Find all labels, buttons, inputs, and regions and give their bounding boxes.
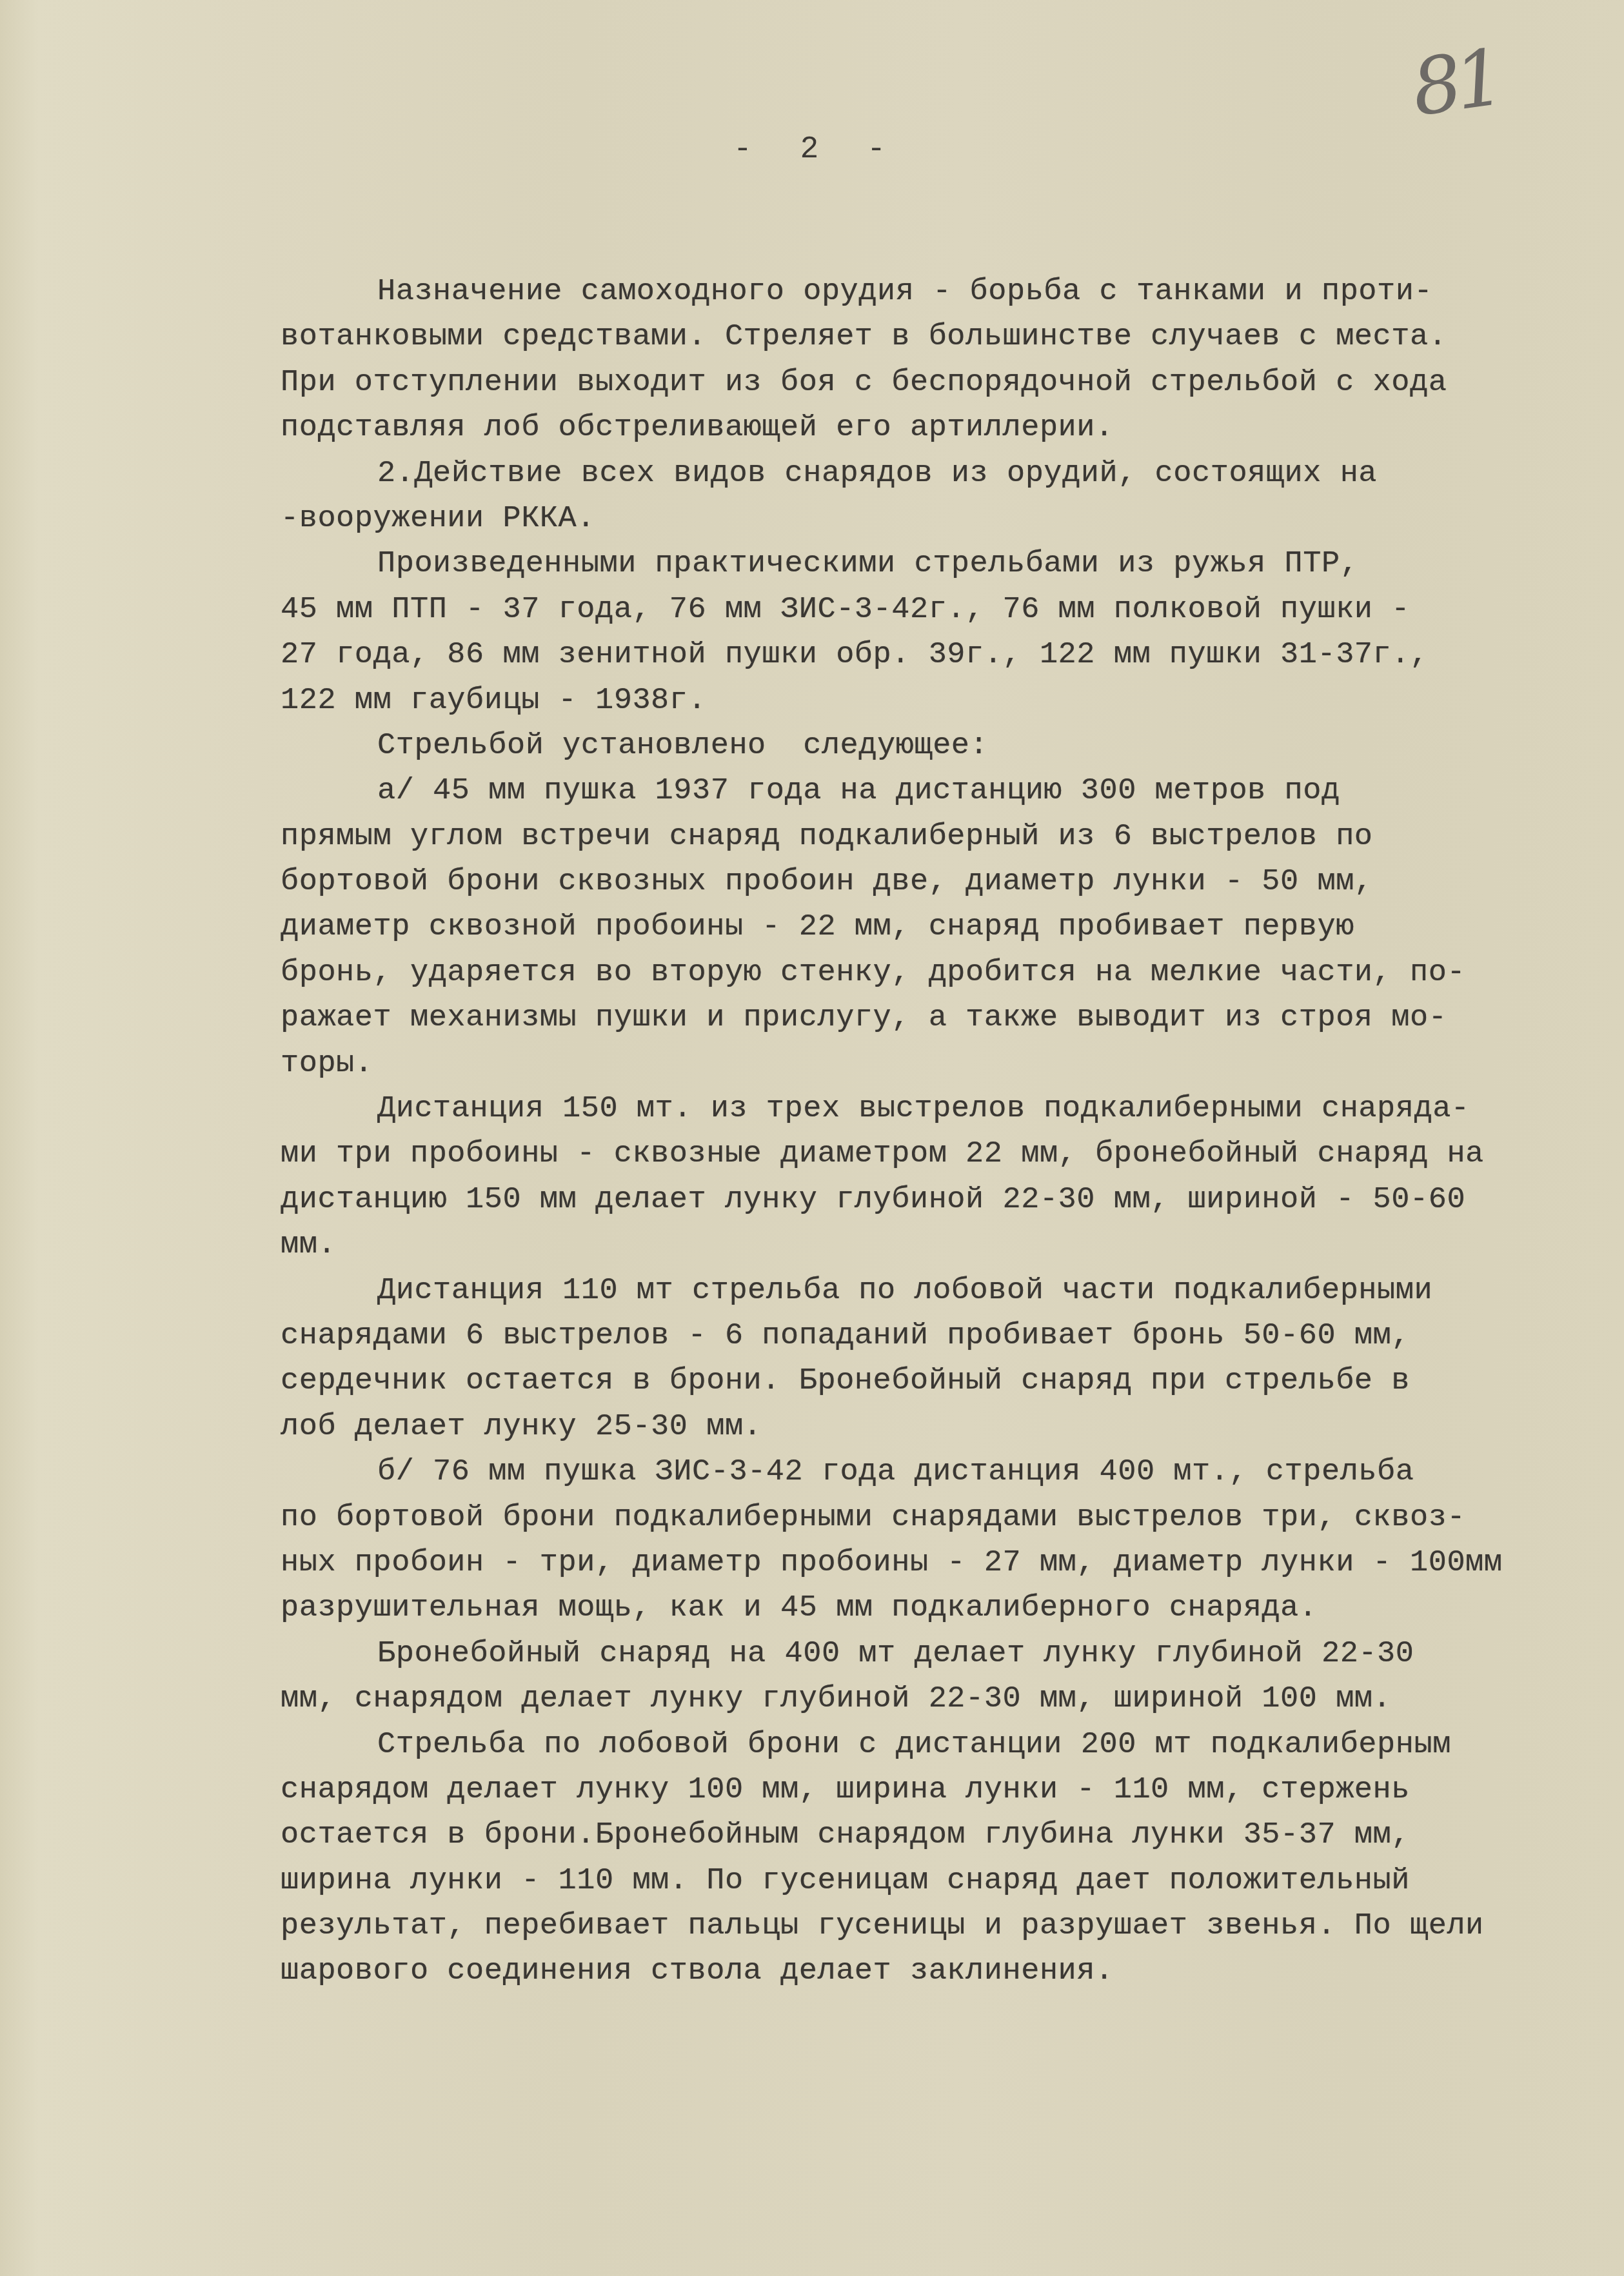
text-line: мм.	[281, 1223, 1609, 1268]
page-number: - 2 -	[0, 132, 1624, 167]
text-line: сердечник остается в брони. Бронебойный …	[281, 1359, 1609, 1404]
text-line: прямым углом встречи снаряд подкалиберны…	[281, 815, 1609, 860]
text-line: результат, перебивает пальцы гусеницы и …	[281, 1904, 1609, 1949]
text-line: 122 мм гаубицы - 1938г.	[281, 678, 1609, 724]
text-line: снарядами 6 выстрелов - 6 попаданий проб…	[281, 1314, 1609, 1359]
text-line: -вооружении РККА.	[281, 497, 1609, 542]
text-line: 27 года, 86 мм зенитной пушки обр. 39г.,…	[281, 633, 1609, 678]
item-a: а/ 45 мм пушка 1937 года на дистанцию 30…	[281, 769, 1609, 814]
text-line: бронь, ударяется во вторую стенку, дроби…	[281, 951, 1609, 996]
text-line: Бронебойный снаряд на 400 мт делает лунк…	[281, 1632, 1609, 1677]
text-line: дистанцию 150 мм делает лунку глубиной 2…	[281, 1178, 1609, 1223]
document-body: Назначение самоходного орудия - борьба с…	[281, 270, 1609, 1995]
text-line: ражает механизмы пушки и прислугу, а так…	[281, 996, 1609, 1041]
text-line: подставляя лоб обстреливающей его артилл…	[281, 406, 1609, 451]
text-line: бортовой брони сквозных пробоин две, диа…	[281, 860, 1609, 905]
handwritten-folio-number: 81	[1407, 33, 1504, 134]
text-line: мм, снарядом делает лунку глубиной 22-30…	[281, 1677, 1609, 1722]
text-line: шарового соединения ствола делает заклин…	[281, 1949, 1609, 1994]
text-line: ми три пробоины - сквозные диаметром 22 …	[281, 1132, 1609, 1177]
text-line: диаметр сквозной пробоины - 22 мм, снаря…	[281, 905, 1609, 950]
text-line: ных пробоин - три, диаметр пробоины - 27…	[281, 1541, 1609, 1586]
text-line: снарядом делает лунку 100 мм, ширина лун…	[281, 1768, 1609, 1813]
text-line: ширина лунки - 110 мм. По гусеницам снар…	[281, 1859, 1609, 1904]
text-line: разрушительная мощь, как и 45 мм подкали…	[281, 1586, 1609, 1631]
text-line: 45 мм ПТП - 37 года, 76 мм ЗИС-3-42г., 7…	[281, 588, 1609, 633]
text-line: Стрельба по лобовой брони с дистанции 20…	[281, 1723, 1609, 1768]
section-heading-2: 2.Действие всех видов снарядов из орудий…	[281, 451, 1609, 497]
findings-intro: Стрельбой установлено следующее:	[281, 724, 1609, 769]
text-line: по бортовой брони подкалиберными снаряда…	[281, 1496, 1609, 1541]
text-line: вотанковыми средствами. Стреляет в больш…	[281, 315, 1609, 360]
text-line: лоб делает лунку 25-30 мм.	[281, 1405, 1609, 1450]
text-line: Дистанция 110 мт стрельба по лобовой час…	[281, 1269, 1609, 1314]
text-line: Произведенными практическими стрельбами …	[281, 542, 1609, 587]
text-line: торы.	[281, 1042, 1609, 1087]
text-line: остается в брони.Бронебойным снарядом гл…	[281, 1813, 1609, 1858]
text-line: Назначение самоходного орудия - борьба с…	[281, 270, 1609, 315]
text-line: При отступлении выходит из боя с беспоря…	[281, 361, 1609, 406]
item-b: б/ 76 мм пушка ЗИС-3-42 года дистанция 4…	[281, 1450, 1609, 1495]
text-line: Дистанция 150 мт. из трех выстрелов подк…	[281, 1087, 1609, 1132]
